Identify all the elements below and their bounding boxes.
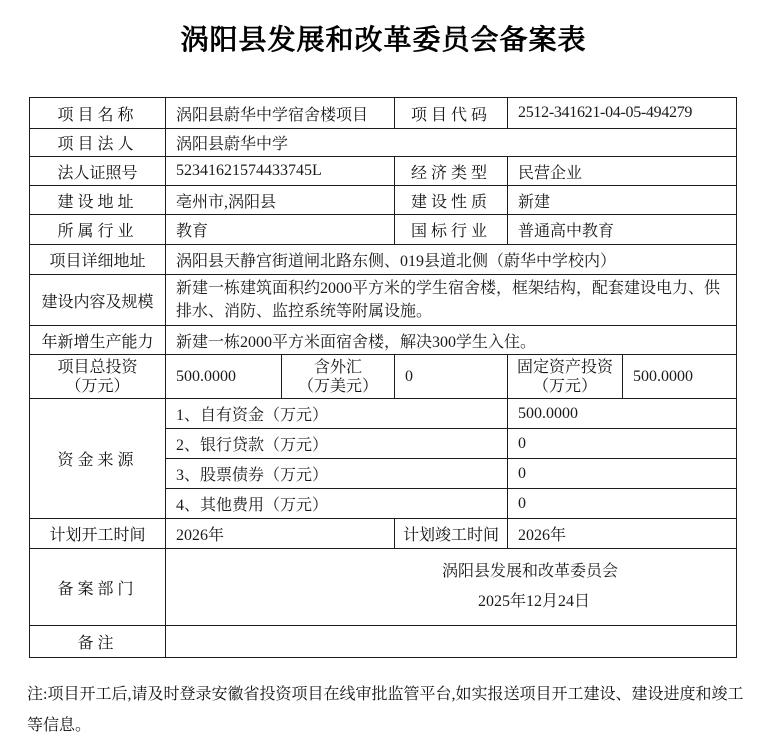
row-schedule: 计划开工时间 2026年 计划竣工时间 2026年 — [30, 519, 737, 549]
filing-dept-label: 备案部门 — [30, 549, 166, 626]
build-nature-value: 新建 — [508, 186, 737, 215]
detail-address-label: 项目详细地址 — [30, 245, 166, 275]
funding-item-name: 1、自有资金（万元） — [166, 399, 508, 429]
filing-date: 2025年12月24日 — [258, 587, 737, 617]
start-time-label: 计划开工时间 — [30, 519, 166, 549]
row-license: 法人证照号 52341621574433745L 经济类型 民营企业 — [30, 157, 737, 186]
economic-type-label: 经济类型 — [395, 157, 508, 186]
remark-label: 备注 — [30, 626, 166, 658]
row-new-capacity: 年新增生产能力 新建一栋2000平方米面宿舍楼，解决300学生入住。 — [30, 326, 737, 355]
filing-form-table: 项目名称 涡阳县蔚华中学宿舍楼项目 项目代码 2512-341621-04-05… — [29, 97, 737, 658]
content-scale-label: 建设内容及规模 — [30, 275, 166, 326]
new-capacity-label: 年新增生产能力 — [30, 326, 166, 355]
detail-address-value: 涡阳县天静宫街道闸北路东侧、019县道北侧（蔚华中学校内） — [166, 245, 737, 275]
filing-dept-block: 涡阳县发展和改革委员会 2025年12月24日 — [254, 557, 737, 617]
filing-dept-name: 涡阳县发展和改革委员会 — [254, 557, 737, 587]
row-content-scale: 建设内容及规模 新建一栋建筑面积约2000平方米的学生宿舍楼，框架结构，配套建设… — [30, 275, 737, 326]
row-industry: 所属行业 教育 国标行业 普通高中教育 — [30, 215, 737, 245]
legal-person-label: 项目法人 — [30, 129, 166, 157]
funding-item-name: 3、股票债券（万元） — [166, 459, 508, 489]
project-code-value: 2512-341621-04-05-494279 — [508, 98, 737, 129]
start-time-value: 2026年 — [166, 519, 395, 549]
funding-item-value: 500.0000 — [508, 399, 737, 429]
project-code-label: 项目代码 — [395, 98, 508, 129]
license-no-label: 法人证照号 — [30, 157, 166, 186]
funding-source-label: 资金来源 — [30, 399, 166, 519]
funding-item-value: 0 — [508, 489, 737, 519]
build-address-value: 亳州市,涡阳县 — [166, 186, 395, 215]
national-industry-value: 普通高中教育 — [508, 215, 737, 245]
economic-type-value: 民营企业 — [508, 157, 737, 186]
remark-value — [166, 626, 737, 658]
finish-time-value: 2026年 — [508, 519, 737, 549]
industry-value: 教育 — [166, 215, 395, 245]
forex-value: 0 — [395, 355, 508, 399]
row-funding-1: 资金来源 1、自有资金（万元） 500.0000 — [30, 399, 737, 429]
finish-time-label: 计划竣工时间 — [395, 519, 508, 549]
row-legal-person: 项目法人 涡阳县蔚华中学 — [30, 129, 737, 157]
row-investment: 项目总投资 （万元） 500.0000 含外汇 （万美元） 0 固定资产投资 （… — [30, 355, 737, 399]
total-investment-value: 500.0000 — [166, 355, 282, 399]
funding-item-name: 4、其他费用（万元） — [166, 489, 508, 519]
row-remark: 备注 — [30, 626, 737, 658]
row-project-name: 项目名称 涡阳县蔚华中学宿舍楼项目 项目代码 2512-341621-04-05… — [30, 98, 737, 129]
project-name-label: 项目名称 — [30, 98, 166, 129]
national-industry-label: 国标行业 — [395, 215, 508, 245]
forex-label: 含外汇 （万美元） — [282, 355, 395, 399]
legal-person-value: 涡阳县蔚华中学 — [166, 129, 737, 157]
footnote: 注:项目开工后,请及时登录安徽省投资项目在线审批监管平台,如实报送项目开工建设、… — [27, 679, 747, 741]
filing-dept-cell: 涡阳县发展和改革委员会 2025年12月24日 — [166, 549, 737, 626]
content-scale-value: 新建一栋建筑面积约2000平方米的学生宿舍楼，框架结构，配套建设电力、供排水、消… — [166, 275, 737, 326]
industry-label: 所属行业 — [30, 215, 166, 245]
project-name-value: 涡阳县蔚华中学宿舍楼项目 — [166, 98, 395, 129]
total-investment-label: 项目总投资 （万元） — [30, 355, 166, 399]
fixed-investment-value: 500.0000 — [623, 355, 737, 399]
page-title: 涡阳县发展和改革委员会备案表 — [0, 0, 767, 58]
funding-item-value: 0 — [508, 429, 737, 459]
license-no-value: 52341621574433745L — [166, 157, 395, 186]
row-detail-address: 项目详细地址 涡阳县天静宫街道闸北路东侧、019县道北侧（蔚华中学校内） — [30, 245, 737, 275]
funding-item-name: 2、银行贷款（万元） — [166, 429, 508, 459]
build-address-label: 建设地址 — [30, 186, 166, 215]
row-build-address: 建设地址 亳州市,涡阳县 建设性质 新建 — [30, 186, 737, 215]
fixed-investment-label: 固定资产投资 （万元） — [508, 355, 623, 399]
funding-item-value: 0 — [508, 459, 737, 489]
new-capacity-value: 新建一栋2000平方米面宿舍楼，解决300学生入住。 — [166, 326, 737, 355]
build-nature-label: 建设性质 — [395, 186, 508, 215]
row-filing-dept: 备案部门 涡阳县发展和改革委员会 2025年12月24日 — [30, 549, 737, 626]
